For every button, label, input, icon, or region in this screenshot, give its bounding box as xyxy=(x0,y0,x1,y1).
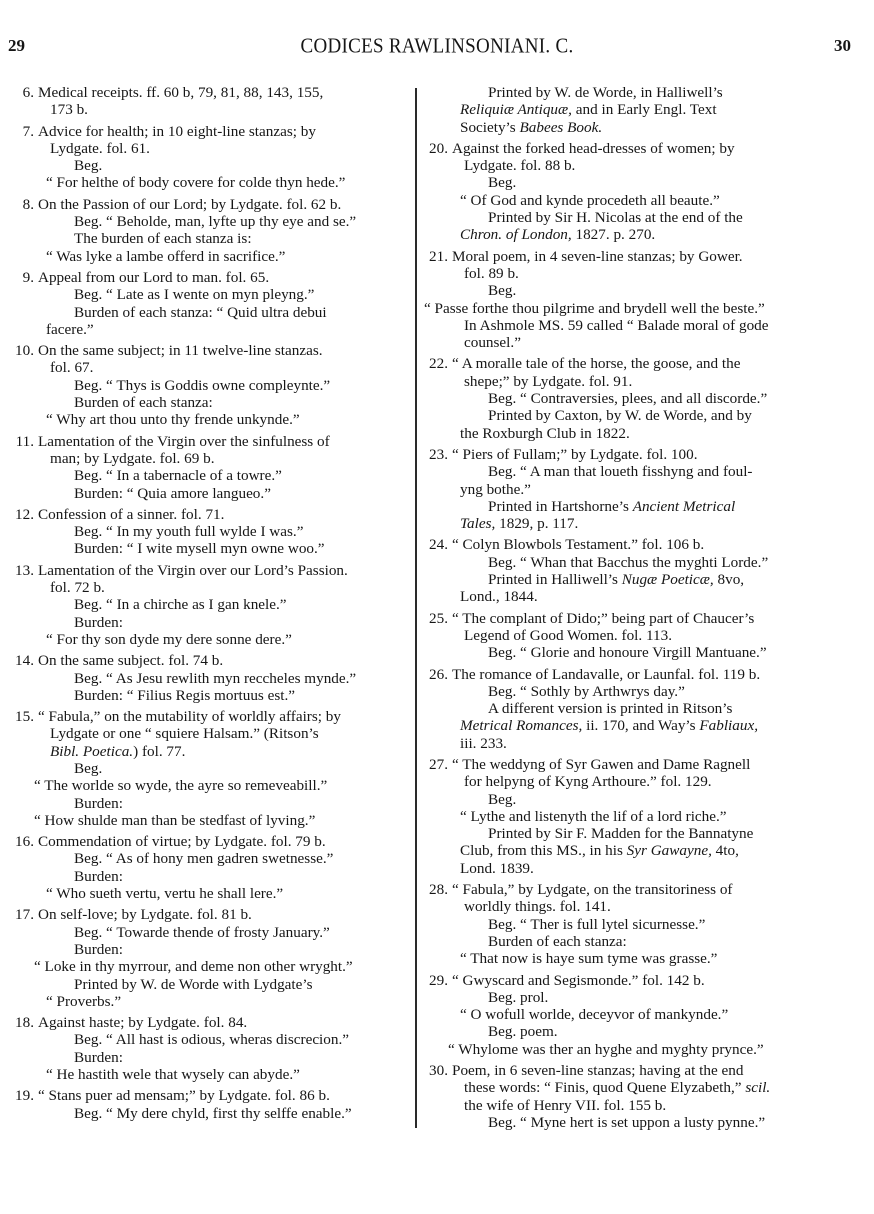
entry-number: 12. xyxy=(10,506,34,523)
left-column: 6.Medical receipts. ff. 60 b, 79, 81, 88… xyxy=(10,84,406,1126)
entry-line: Beg. prol. xyxy=(424,989,830,1006)
catalogue-entry: 22.“ A moralle tale of the horse, the go… xyxy=(424,355,830,441)
catalogue-entry: 7.Advice for health; in 10 eight-line st… xyxy=(10,123,406,192)
entry-number: 9. xyxy=(10,269,34,286)
text-run: and in Early Engl. Text xyxy=(572,101,717,118)
entry-line: In Ashmole MS. 59 called “ Balade moral … xyxy=(424,317,830,334)
entry-number: 21. xyxy=(424,248,448,265)
entry-line: shepe;” by Lydgate. fol. 91. xyxy=(424,373,830,390)
entry-line: Lond. 1839. xyxy=(424,860,830,877)
entry-line: Lond., 1844. xyxy=(424,588,830,605)
entry-line: Lamentation of the Virgin over our Lord’… xyxy=(10,562,406,579)
catalogue-entry: 11.Lamentation of the Virgin over the si… xyxy=(10,433,406,502)
entry-line: “ Who sueth vertu, vertu he shall lere.” xyxy=(10,885,406,902)
catalogue-entry: 17.On self-love; by Lydgate. fol. 81 b.B… xyxy=(10,906,406,1010)
entry-line: the Roxburgh Club in 1822. xyxy=(424,425,830,442)
entry-line: fol. 89 b. xyxy=(424,265,830,282)
entry-line: Moral poem, in 4 seven-line stanzas; by … xyxy=(424,248,830,265)
entry-line: Medical receipts. ff. 60 b, 79, 81, 88, … xyxy=(10,84,406,101)
entry-line: “ Was lyke a lambe offerd in sacrifice.” xyxy=(10,248,406,265)
italic-title: Syr Gawayne, xyxy=(627,842,712,859)
catalogue-entry: 28.“ Fabula,” by Lydgate, on the transit… xyxy=(424,881,830,967)
entry-line: Lydgate. fol. 61. xyxy=(10,140,406,157)
entry-line: “ For thy son dyde my dere sonne dere.” xyxy=(10,631,406,648)
entry-line: Printed by W. de Worde, in Halliwell’s xyxy=(424,84,830,101)
text-run: ii. 170, and Way’s xyxy=(582,717,699,734)
text-run: 1829, p. 117. xyxy=(495,515,578,532)
entry-number: 6. xyxy=(10,84,34,101)
italic-title: Reliquiæ Antiquæ, xyxy=(460,101,572,118)
italic-title: Metrical Romances, xyxy=(460,717,582,734)
text-run: ) fol. 77. xyxy=(133,743,185,760)
italic-title: Chron. of London, xyxy=(460,226,572,243)
entry-line: “ Gwyscard and Segismonde.” fol. 142 b. xyxy=(424,972,830,989)
text-run: Society’s xyxy=(460,119,519,136)
entry-line: Beg. “ In a chirche as I gan knele.” xyxy=(10,596,406,613)
entry-line: Printed by Sir F. Madden for the Bannaty… xyxy=(424,825,830,842)
entry-number: 20. xyxy=(424,140,448,157)
catalogue-entry: 20.Against the forked head-dresses of wo… xyxy=(424,140,830,244)
entry-line: Beg. xyxy=(424,174,830,191)
entry-number: 15. xyxy=(10,708,34,725)
entry-line: Against the forked head-dresses of women… xyxy=(424,140,830,157)
entry-line: The burden of each stanza is: xyxy=(10,230,406,247)
entry-line: Society’s Babees Book. xyxy=(424,119,830,136)
entry-number: 8. xyxy=(10,196,34,213)
entry-line: “ The worlde so wyde, the ayre so remeve… xyxy=(10,777,406,794)
entry-line: “ Loke in thy myrrour, and deme non othe… xyxy=(10,958,406,975)
entry-line: worldly things. fol. 141. xyxy=(424,898,830,915)
entry-line: “ O wofull worlde, deceyvor of mankynde.… xyxy=(424,1006,830,1023)
entry-line: Beg. “ Glorie and honoure Virgill Mantua… xyxy=(424,644,830,661)
entry-number: 11. xyxy=(10,433,34,450)
entry-line: Beg. “ In my youth full wylde I was.” xyxy=(10,523,406,540)
entry-line: “ The weddyng of Syr Gawen and Dame Ragn… xyxy=(424,756,830,773)
entry-line: “ He hastith wele that wysely can abyde.… xyxy=(10,1066,406,1083)
catalogue-entry: 15.“ Fabula,” on the mutability of world… xyxy=(10,708,406,829)
entry-line: Beg. “ Thys is Goddis owne compleynte.” xyxy=(10,377,406,394)
entry-line: On the Passion of our Lord; by Lydgate. … xyxy=(10,196,406,213)
catalogue-entry: 24.“ Colyn Blowbols Testament.” fol. 106… xyxy=(424,536,830,605)
entry-line: “ Fabula,” by Lydgate, on the transitori… xyxy=(424,881,830,898)
catalogue-entry: 10.On the same subject; in 11 twelve-lin… xyxy=(10,342,406,428)
entry-line: man; by Lydgate. fol. 69 b. xyxy=(10,450,406,467)
catalogue-entry: 21.Moral poem, in 4 seven-line stanzas; … xyxy=(424,248,830,352)
entry-line: “ Colyn Blowbols Testament.” fol. 106 b. xyxy=(424,536,830,553)
entry-line: Burden: xyxy=(10,795,406,812)
catalogue-entry: 14.On the same subject. fol. 74 b.Beg. “… xyxy=(10,652,406,704)
catalogue-entry: 13.Lamentation of the Virgin over our Lo… xyxy=(10,562,406,648)
entry-line: “ How shulde man than be stedfast of lyv… xyxy=(10,812,406,829)
catalogue-entry: 26.The romance of Landavalle, or Launfal… xyxy=(424,666,830,752)
entry-line: iii. 233. xyxy=(424,735,830,752)
entry-line: “ Stans puer ad mensam;” by Lydgate. fol… xyxy=(10,1087,406,1104)
text-run: Club, from this MS., in his xyxy=(460,842,627,859)
entry-line: the wife of Henry VII. fol. 155 b. xyxy=(424,1097,830,1114)
entry-line: Burden: xyxy=(10,1049,406,1066)
entry-number: 28. xyxy=(424,881,448,898)
entry-line: Burden of each stanza: xyxy=(424,933,830,950)
catalogue-entry: 25.“ The complant of Dido;” being part o… xyxy=(424,610,830,662)
entry-line: “ The complant of Dido;” being part of C… xyxy=(424,610,830,627)
italic-title: scil. xyxy=(745,1079,770,1096)
entry-line: On the same subject; in 11 twelve-line s… xyxy=(10,342,406,359)
entry-line: these words: “ Finis, quod Quene Elyzabe… xyxy=(424,1079,830,1096)
catalogue-entry: 19.“ Stans puer ad mensam;” by Lydgate. … xyxy=(10,1087,406,1122)
entry-line: Beg. “ Towarde thende of frosty January.… xyxy=(10,924,406,941)
entry-line: Club, from this MS., in his Syr Gawayne,… xyxy=(424,842,830,859)
catalogue-entry: 27.“ The weddyng of Syr Gawen and Dame R… xyxy=(424,756,830,877)
italic-title: Tales, xyxy=(460,515,495,532)
running-head: 29 CODICES RAWLINSONIANI. C. 30 xyxy=(0,36,874,60)
entry-line: Beg. “ Ther is full lytel sicurnesse.” xyxy=(424,916,830,933)
italic-title: Babees Book. xyxy=(519,119,602,136)
entry-number: 17. xyxy=(10,906,34,923)
entry-line: On the same subject. fol. 74 b. xyxy=(10,652,406,669)
entry-line: Beg. “ In a tabernacle of a towre.” xyxy=(10,467,406,484)
entry-line: “ Why art thou unto thy frende unkynde.” xyxy=(10,411,406,428)
entry-line: Beg. “ As of hony men gadren swetnesse.” xyxy=(10,850,406,867)
catalogue-entry: 6.Medical receipts. ff. 60 b, 79, 81, 88… xyxy=(10,84,406,119)
entry-line: Tales, 1829, p. 117. xyxy=(424,515,830,532)
text-run: 1827. p. 270. xyxy=(572,226,656,243)
entry-line: yng bothe.” xyxy=(424,481,830,498)
entry-line: “ Proverbs.” xyxy=(10,993,406,1010)
entry-line: Beg. xyxy=(424,791,830,808)
entry-line: “ Lythe and listenyth the lif of a lord … xyxy=(424,808,830,825)
catalogue-entry: 16.Commendation of virtue; by Lydgate. f… xyxy=(10,833,406,902)
entry-number: 22. xyxy=(424,355,448,372)
entry-number: 24. xyxy=(424,536,448,553)
running-title: CODICES RAWLINSONIANI. C. xyxy=(0,35,874,60)
entry-line: Beg. xyxy=(424,282,830,299)
entry-number: 7. xyxy=(10,123,34,140)
text-run: Printed in Hartshorne’s xyxy=(488,498,633,515)
entry-line: Confession of a sinner. fol. 71. xyxy=(10,506,406,523)
entry-number: 25. xyxy=(424,610,448,627)
entry-line: Beg. xyxy=(10,157,406,174)
entry-line: fol. 72 b. xyxy=(10,579,406,596)
entry-line: Beg. “ Sothly by Arthwrys day.” xyxy=(424,683,830,700)
entry-line: Beg. “ Contraversies, plees, and all dis… xyxy=(424,390,830,407)
entry-line: Chron. of London, 1827. p. 270. xyxy=(424,226,830,243)
entry-line: Burden of each stanza: xyxy=(10,394,406,411)
catalogue-entry: 8.On the Passion of our Lord; by Lydgate… xyxy=(10,196,406,265)
entry-line: “ Piers of Fullam;” by Lydgate. fol. 100… xyxy=(424,446,830,463)
entry-number: 16. xyxy=(10,833,34,850)
entry-line: Legend of Good Women. fol. 113. xyxy=(424,627,830,644)
entry-line: Lamentation of the Virgin over the sinfu… xyxy=(10,433,406,450)
catalogue-entry: Printed by W. de Worde, in Halliwell’sRe… xyxy=(424,84,830,136)
entry-line: Metrical Romances, ii. 170, and Way’s Fa… xyxy=(424,717,830,734)
entry-line: Lydgate or one “ squiere Halsam.” (Ritso… xyxy=(10,725,406,742)
text-run: 8vo, xyxy=(714,571,744,588)
entry-number: 13. xyxy=(10,562,34,579)
catalogue-entry: 18.Against haste; by Lydgate. fol. 84.Be… xyxy=(10,1014,406,1083)
catalogue-entry: 9.Appeal from our Lord to man. fol. 65.B… xyxy=(10,269,406,338)
entry-line: Beg. “ Myne hert is set uppon a lusty py… xyxy=(424,1114,830,1131)
entry-line: “ Whylome was ther an hyghe and myghty p… xyxy=(424,1041,830,1058)
entry-line: “ A moralle tale of the horse, the goose… xyxy=(424,355,830,372)
entry-line: “ Of God and kynde procedeth all beaute.… xyxy=(424,192,830,209)
entry-number: 30. xyxy=(424,1062,448,1079)
italic-title: Fabliaux, xyxy=(699,717,758,734)
entry-line: Burden: xyxy=(10,868,406,885)
entry-line: Printed in Halliwell’s Nugæ Poeticæ, 8vo… xyxy=(424,571,830,588)
entry-number: 19. xyxy=(10,1087,34,1104)
entry-line: Printed in Hartshorne’s Ancient Metrical xyxy=(424,498,830,515)
italic-title: Bibl. Poetica. xyxy=(50,743,133,760)
entry-number: 10. xyxy=(10,342,34,359)
italic-title: Nugæ Poeticæ, xyxy=(622,571,714,588)
entry-line: fol. 67. xyxy=(10,359,406,376)
entry-line: “ That now is haye sum tyme was grasse.” xyxy=(424,950,830,967)
entry-number: 27. xyxy=(424,756,448,773)
entry-line: Advice for health; in 10 eight-line stan… xyxy=(10,123,406,140)
entry-line: Beg. “ My dere chyld, first thy selffe e… xyxy=(10,1105,406,1122)
catalogue-entry: 12.Confession of a sinner. fol. 71.Beg. … xyxy=(10,506,406,558)
entry-number: 14. xyxy=(10,652,34,669)
entry-line: Beg. “ Whan that Bacchus the myghti Lord… xyxy=(424,554,830,571)
entry-line: Burden: “ Quia amore langueo.” xyxy=(10,485,406,502)
entry-line: facere.” xyxy=(10,321,406,338)
entry-line: “ Passe forthe thou pilgrime and brydell… xyxy=(424,300,830,317)
entry-line: Commendation of virtue; by Lydgate. fol.… xyxy=(10,833,406,850)
catalogue-entry: 23.“ Piers of Fullam;” by Lydgate. fol. … xyxy=(424,446,830,532)
entry-line: Beg. xyxy=(10,760,406,777)
entry-line: 173 b. xyxy=(10,101,406,118)
entry-number: 23. xyxy=(424,446,448,463)
text-run: Printed in Halliwell’s xyxy=(488,571,622,588)
entry-line: Burden: xyxy=(10,614,406,631)
entry-line: Beg. poem. xyxy=(424,1023,830,1040)
entry-line: Burden of each stanza: “ Quid ultra debu… xyxy=(10,304,406,321)
catalogue-entry: 29.“ Gwyscard and Segismonde.” fol. 142 … xyxy=(424,972,830,1058)
entry-line: for helpyng of Kyng Arthoure.” fol. 129. xyxy=(424,773,830,790)
entry-number: 26. xyxy=(424,666,448,683)
entry-line: Bibl. Poetica.) fol. 77. xyxy=(10,743,406,760)
right-column: Printed by W. de Worde, in Halliwell’sRe… xyxy=(424,84,830,1135)
entry-line: Printed by W. de Worde with Lydgate’s xyxy=(10,976,406,993)
entry-line: Against haste; by Lydgate. fol. 84. xyxy=(10,1014,406,1031)
entry-line: “ For helthe of body covere for colde th… xyxy=(10,174,406,191)
entry-line: On self-love; by Lydgate. fol. 81 b. xyxy=(10,906,406,923)
entry-number: 18. xyxy=(10,1014,34,1031)
entry-line: Beg. “ A man that loueth fisshyng and fo… xyxy=(424,463,830,480)
entry-line: Beg. “ Late as I wente on myn pleyng.” xyxy=(10,286,406,303)
entry-line: Beg. “ All hast is odious, wheras discre… xyxy=(10,1031,406,1048)
entry-line: The romance of Landavalle, or Launfal. f… xyxy=(424,666,830,683)
entry-line: Lydgate. fol. 88 b. xyxy=(424,157,830,174)
text-run: 4to, xyxy=(712,842,739,859)
entry-line: Poem, in 6 seven-line stanzas; having at… xyxy=(424,1062,830,1079)
italic-title: Ancient Metrical xyxy=(633,498,735,515)
entry-line: Reliquiæ Antiquæ, and in Early Engl. Tex… xyxy=(424,101,830,118)
column-divider xyxy=(415,88,417,1128)
entry-line: Printed by Caxton, by W. de Worde, and b… xyxy=(424,407,830,424)
entry-line: Printed by Sir H. Nicolas at the end of … xyxy=(424,209,830,226)
entry-line: Appeal from our Lord to man. fol. 65. xyxy=(10,269,406,286)
entry-number: 29. xyxy=(424,972,448,989)
page-number-right: 30 xyxy=(834,36,851,56)
entry-line: Burden: “ Filius Regis mortuus est.” xyxy=(10,687,406,704)
entry-line: Beg. “ As Jesu rewlith myn reccheles myn… xyxy=(10,670,406,687)
text-run: these words: “ Finis, quod Quene Elyzabe… xyxy=(464,1079,745,1096)
entry-line: Beg. “ Beholde, man, lyfte up thy eye an… xyxy=(10,213,406,230)
entry-line: counsel.” xyxy=(424,334,830,351)
entry-line: “ Fabula,” on the mutability of worldly … xyxy=(10,708,406,725)
entry-line: Burden: xyxy=(10,941,406,958)
entry-line: A different version is printed in Ritson… xyxy=(424,700,830,717)
entry-line: Burden: “ I wite mysell myn owne woo.” xyxy=(10,540,406,557)
catalogue-entry: 30.Poem, in 6 seven-line stanzas; having… xyxy=(424,1062,830,1131)
